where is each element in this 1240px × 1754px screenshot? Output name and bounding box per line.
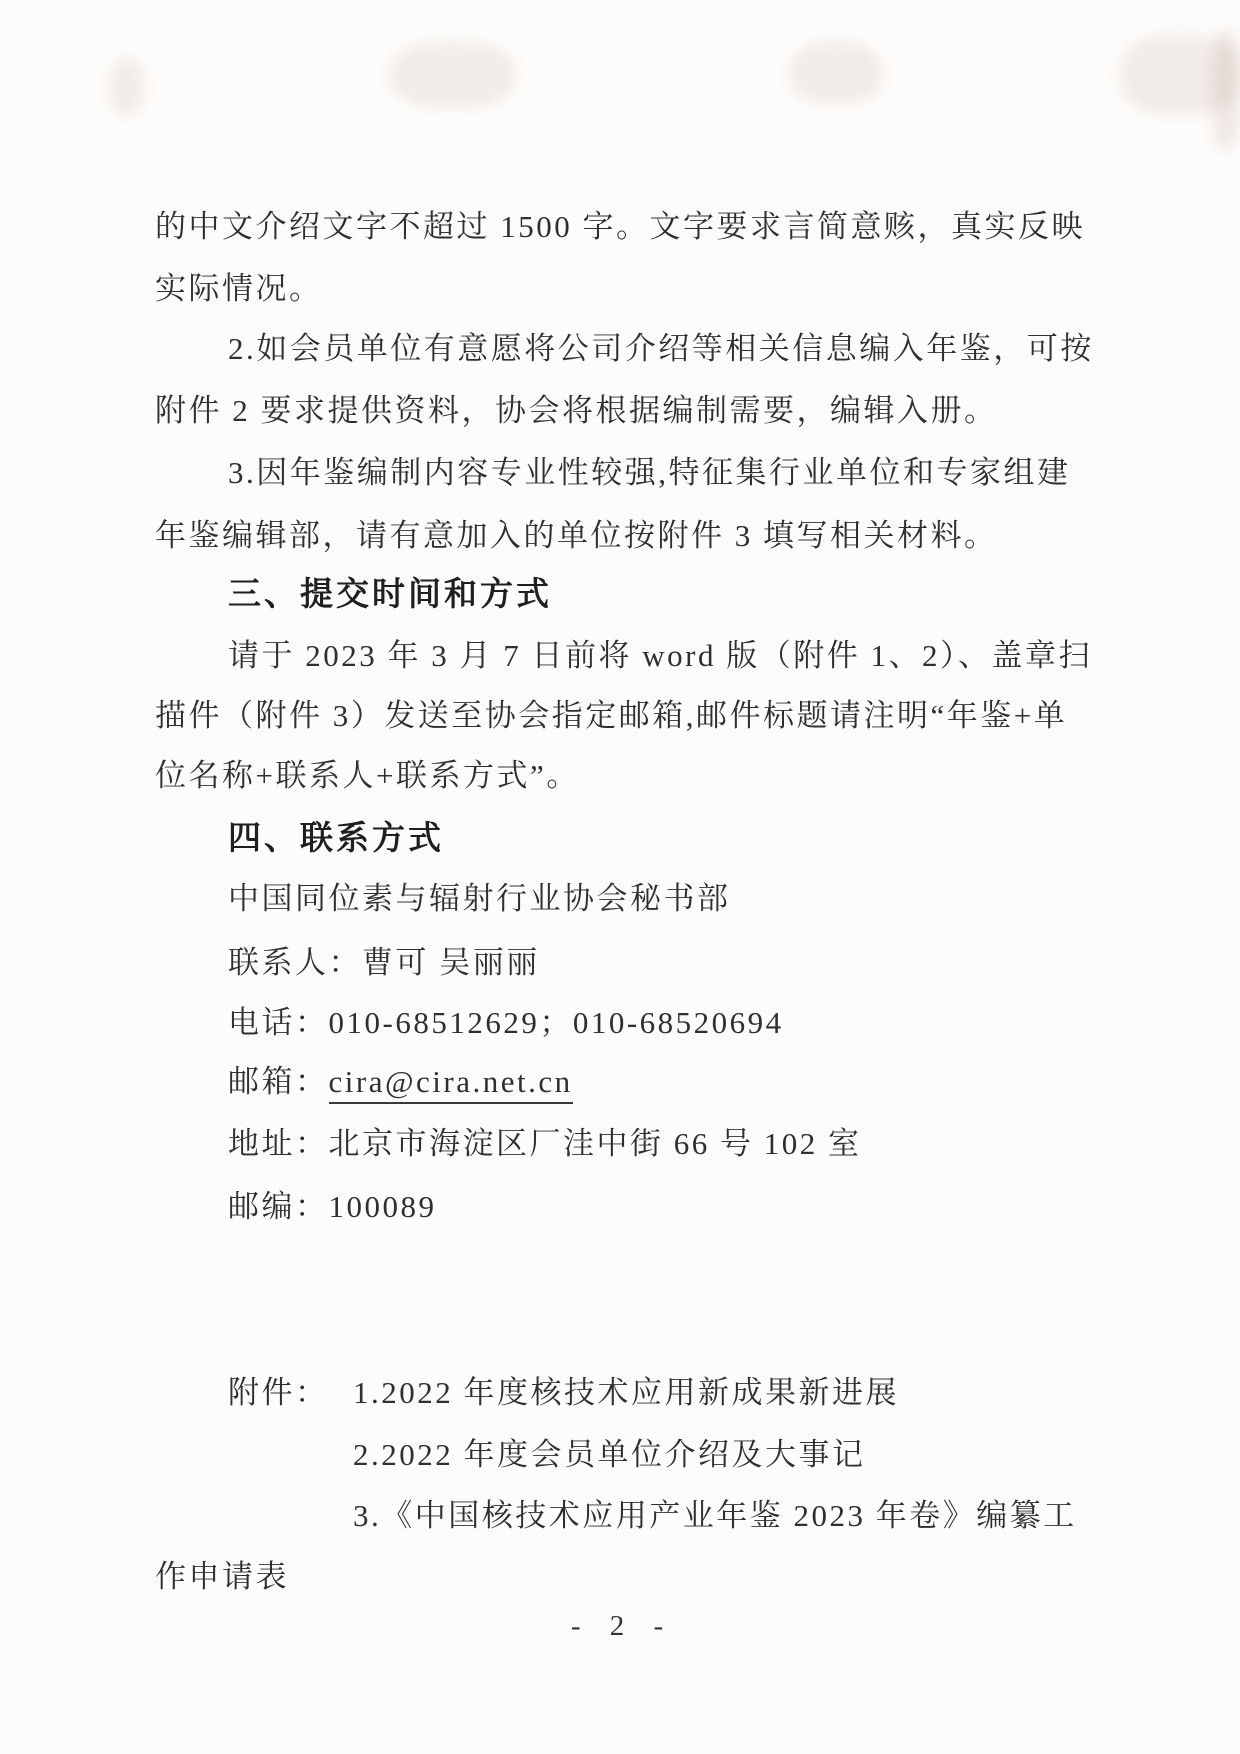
attachments-label: 附件： bbox=[228, 1372, 353, 1414]
paragraph-submission-line-3: 位名称+联系人+联系方式”。 bbox=[155, 755, 580, 797]
paragraph-continuation-line-2: 实际情况。 bbox=[155, 268, 323, 310]
paragraph-continuation-line-1: 的中文介绍文字不超过 1500 字。文字要求言简意赅，真实反映 bbox=[155, 206, 1085, 248]
contact-address-line: 地址：北京市海淀区厂洼中街 66 号 102 室 bbox=[228, 1123, 862, 1165]
attachment-item-1: 1.2022 年度核技术应用新成果新进展 bbox=[353, 1375, 899, 1410]
attachments-row-1: 附件：1.2022 年度核技术应用新成果新进展 bbox=[228, 1372, 899, 1414]
scan-bleed-artifact bbox=[110, 58, 144, 116]
scan-bleed-artifact bbox=[790, 42, 882, 104]
section-heading-contact: 四、联系方式 bbox=[228, 817, 444, 859]
page-number: - 2 - bbox=[0, 1610, 1240, 1643]
contact-email-line: 邮箱：cira@cira.net.cn bbox=[228, 1061, 573, 1103]
attachment-item-2: 2.2022 年度会员单位介绍及大事记 bbox=[353, 1434, 866, 1476]
contact-email-address: cira@cira.net.cn bbox=[329, 1064, 573, 1104]
paragraph-member-info-line-1: 2.如会员单位有意愿将公司介绍等相关信息编入年鉴，可按 bbox=[228, 328, 1094, 370]
paragraph-member-info-line-2: 附件 2 要求提供资料，协会将根据编制需要，编辑入册。 bbox=[155, 390, 998, 432]
contact-email-label: 邮箱： bbox=[228, 1064, 329, 1099]
scanned-document-page: 的中文介绍文字不超过 1500 字。文字要求言简意赅，真实反映 实际情况。 2.… bbox=[0, 0, 1240, 1754]
contact-person-line: 联系人：曹可 吴丽丽 bbox=[228, 942, 540, 984]
paragraph-submission-line-1: 请于 2023 年 3 月 7 日前将 word 版（附件 1、2）、盖章扫 bbox=[228, 635, 1092, 677]
scan-bleed-artifact bbox=[390, 42, 515, 108]
attachment-item-3: 3.《中国核技术应用产业年鉴 2023 年卷》编纂工 bbox=[353, 1495, 1077, 1537]
contact-org-line: 中国同位素与辐射行业协会秘书部 bbox=[228, 878, 731, 920]
paragraph-editorial-team-line-2: 年鉴编辑部，请有意加入的单位按附件 3 填写相关材料。 bbox=[155, 515, 998, 557]
contact-postcode-line: 邮编：100089 bbox=[228, 1186, 437, 1228]
paragraph-submission-line-2: 描件（附件 3）发送至协会指定邮箱,邮件标题请注明“年鉴+单 bbox=[155, 695, 1067, 737]
paragraph-editorial-team-line-1: 3.因年鉴编制内容专业性较强,特征集行业单位和专家组建 bbox=[228, 452, 1071, 494]
contact-phone-line: 电话：010-68512629；010-68520694 bbox=[228, 1002, 784, 1044]
scan-bleed-artifact bbox=[1212, 30, 1240, 150]
attachment-item-3-continuation: 作申请表 bbox=[155, 1556, 289, 1598]
section-heading-submission: 三、提交时间和方式 bbox=[228, 573, 552, 615]
